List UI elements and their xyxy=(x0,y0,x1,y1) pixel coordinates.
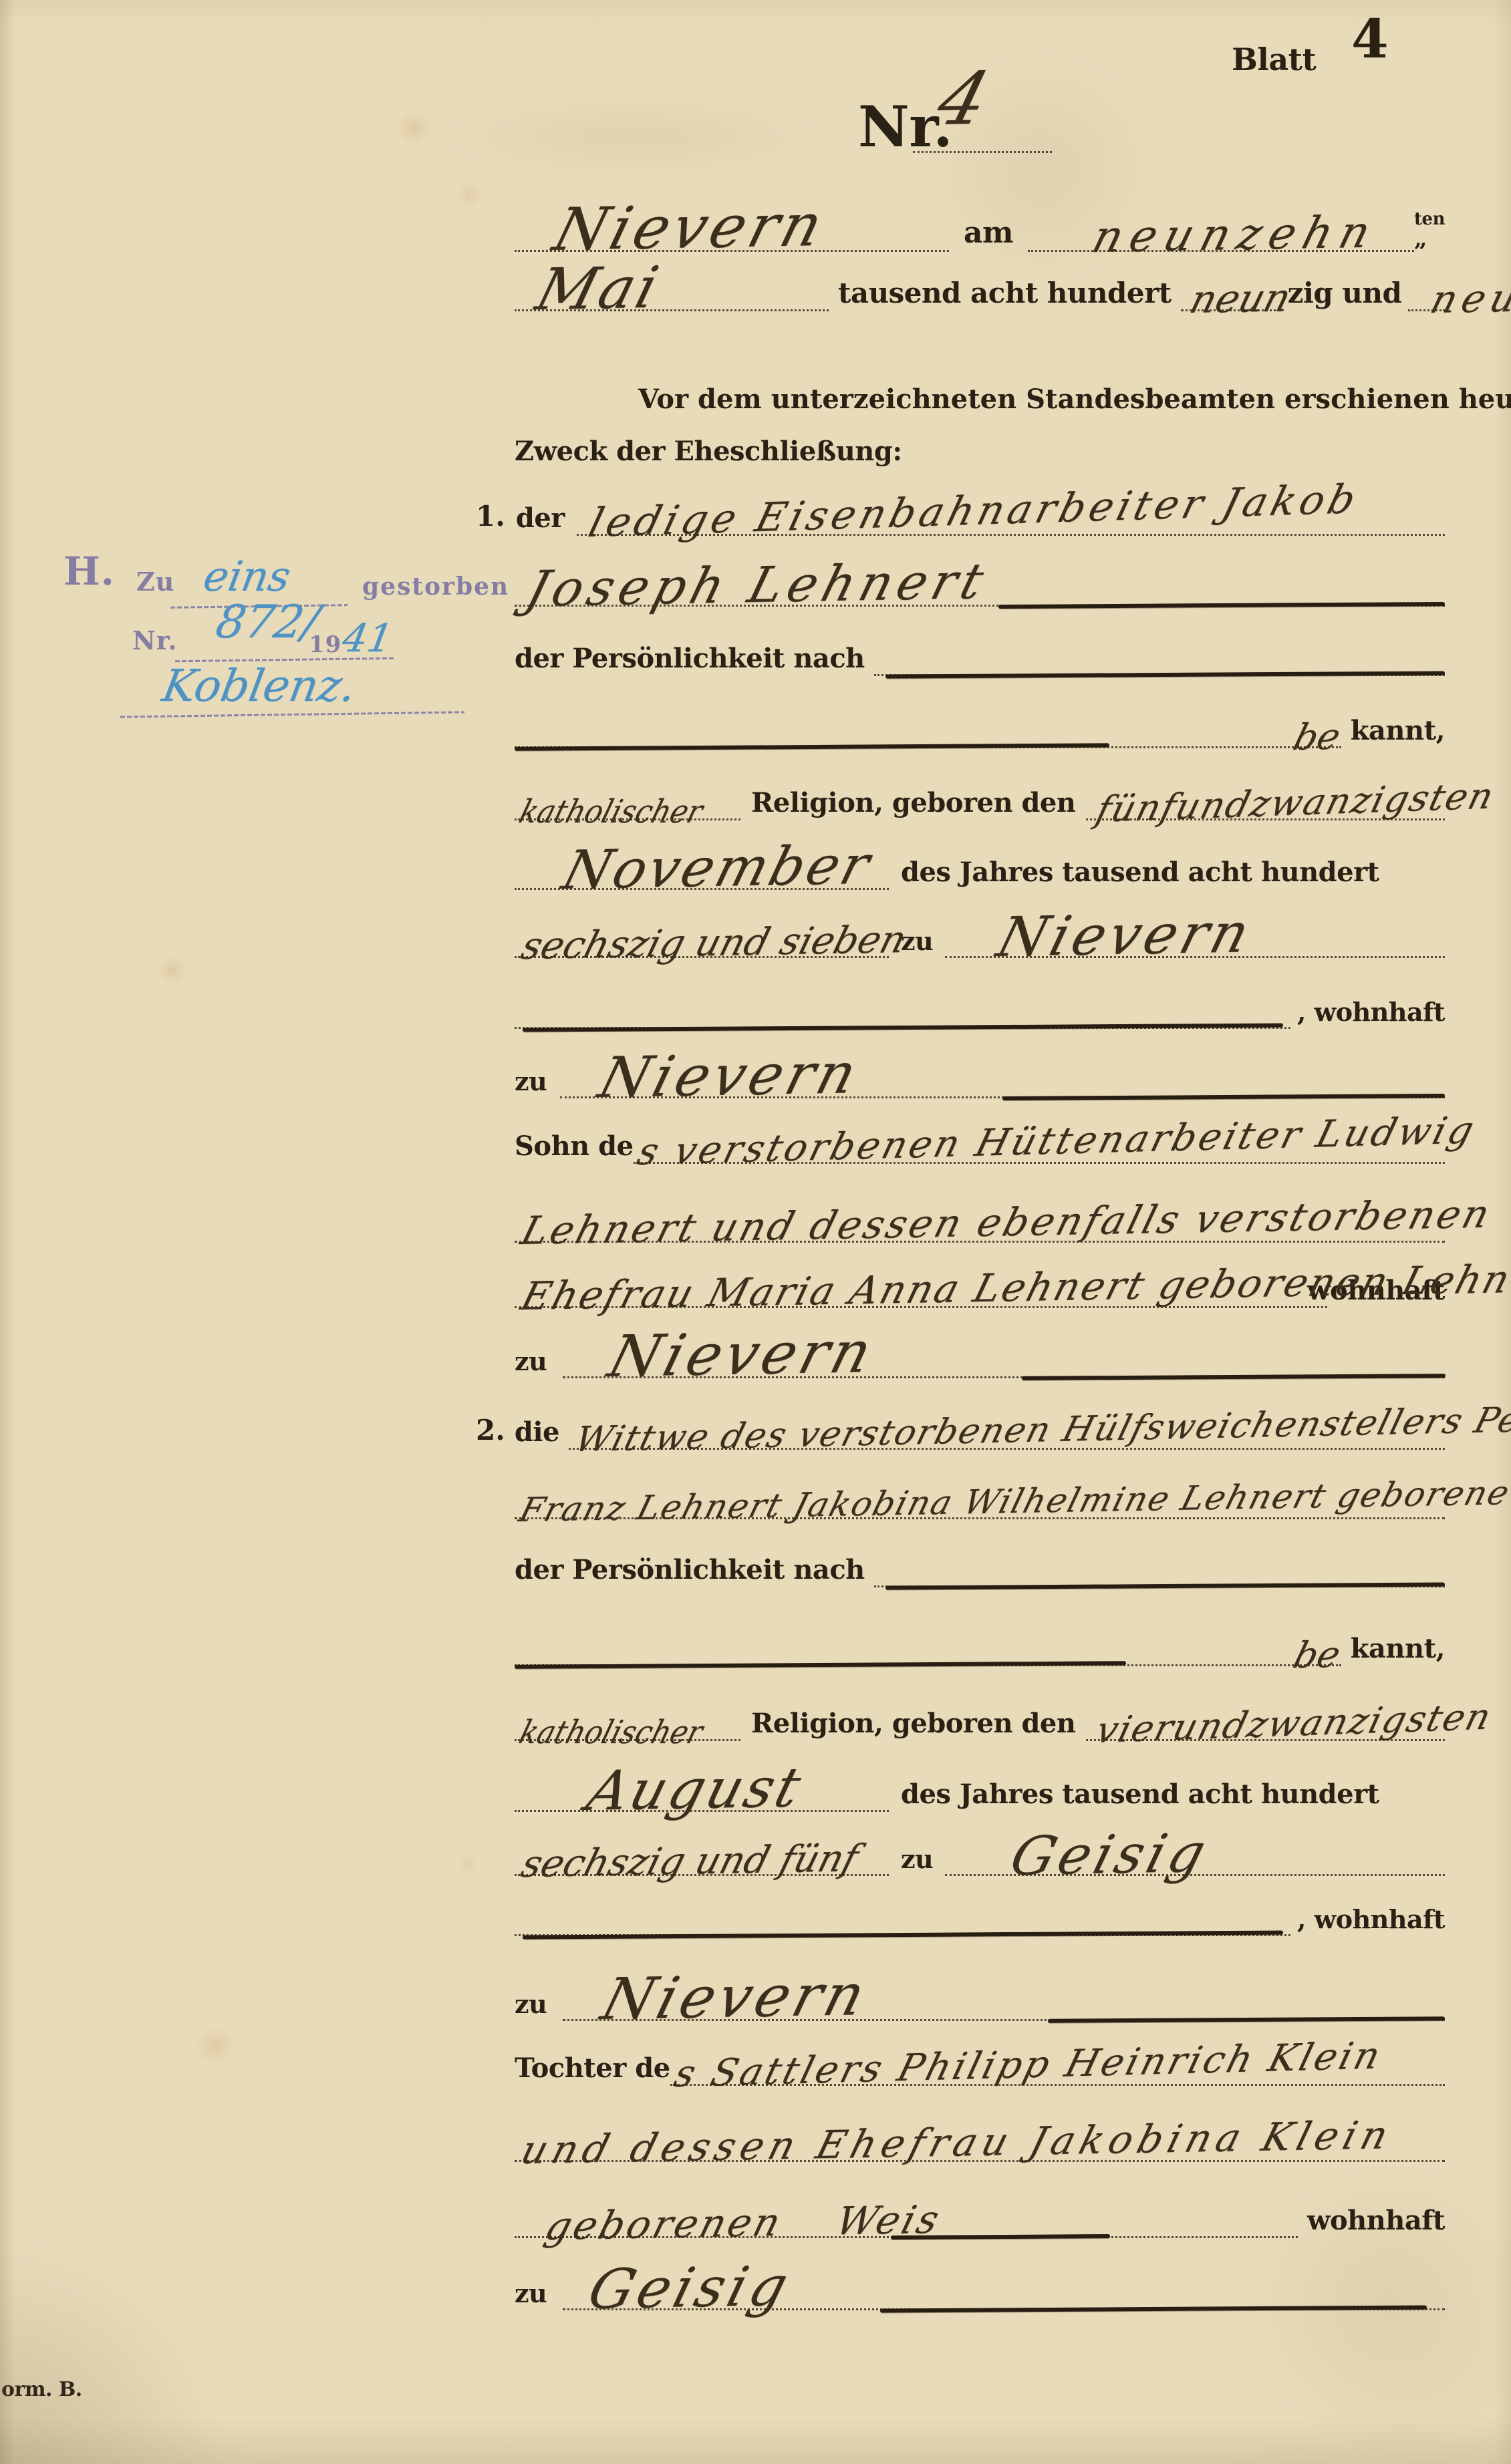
margin-stamp-19: 19 xyxy=(309,633,341,656)
groom-father-row: Sohn de s verstorbenen Hüttenarbeiter Lu… xyxy=(515,1104,1445,1164)
zu-label: zu xyxy=(901,1847,933,1876)
wohnhaft-label: wohnhaft xyxy=(1307,2207,1445,2238)
bride-religion-hw: katholischer xyxy=(516,1716,706,1748)
groom-bekannt-blank: be xyxy=(515,712,1341,748)
margin-stamp-zu: Zu xyxy=(136,569,174,595)
bride-birthday-hw: vierundzwanzigsten xyxy=(1093,1699,1496,1748)
year-decade-hw: neun xyxy=(1186,278,1295,319)
groom-birthyear-hw: sechszig und sieben xyxy=(517,921,910,965)
margin-stamp-h: H. xyxy=(63,552,115,591)
intro-line1: Vor dem unterzeichneten Standesbeamten e… xyxy=(638,386,1511,417)
date-place-hw: Nievern xyxy=(548,196,832,259)
am-label: am xyxy=(964,218,1013,252)
bride-birthmonth-row: August des Jahres tausend acht hundert xyxy=(515,1746,1445,1812)
groom-birthplace-hw: Nievern xyxy=(992,906,1258,965)
groom-birthplace-blank: Nievern xyxy=(945,895,1445,958)
groom-article-label: der xyxy=(516,505,565,536)
religion-label: Religion, geboren den xyxy=(751,790,1075,820)
bride-wohnhaft-row: , wohnhaft xyxy=(515,1905,1445,1936)
groom-parents-blank2: Lehnert und dessen ebenfalls verstorbene… xyxy=(515,1170,1445,1243)
bride-descriptor-row2: Franz Lehnert Jakobina Wilhelmine Lehner… xyxy=(515,1454,1445,1519)
bride-descriptor-hw1: Wittwe des verstorbenen Hülfsweichenstel… xyxy=(571,1402,1511,1457)
bride-residence-blank: Nievern xyxy=(563,1954,1445,2021)
des-jahres-label: des Jahres tausend acht hundert xyxy=(901,859,1379,890)
groom-parents-residence-blank: Nievern xyxy=(563,1312,1445,1378)
ink-filler xyxy=(515,1661,1126,1669)
ink-filler xyxy=(1002,1094,1445,1100)
bride-descriptor-hw2: Franz Lehnert Jakobina Wilhelmine Lehner… xyxy=(516,1475,1511,1527)
groom-birthmonth-blank: November xyxy=(515,826,889,890)
record-number-value: 4 xyxy=(930,63,996,136)
groom-birthmonth-row: November des Jahres tausend acht hundert xyxy=(515,828,1445,890)
groom-father-hw: s verstorbenen Hüttenarbeiter Ludwig xyxy=(634,1112,1480,1171)
tausend-label: tausend acht hundert xyxy=(838,279,1172,311)
date-month-hw: Mai xyxy=(531,259,666,319)
bride-descriptor-blank2: Franz Lehnert Jakobina Wilhelmine Lehner… xyxy=(515,1452,1445,1519)
bride-item-number: 2. xyxy=(476,1416,505,1450)
date-place-blank: Nievern xyxy=(515,187,949,252)
margin-stamp-gestorben: gestorben xyxy=(362,575,509,599)
groom-wohnhaft-row: , wohnhaft xyxy=(515,998,1445,1029)
bride-residence-hw: Nievern xyxy=(596,1966,875,2028)
groom-descriptor-hw2: Joseph Lehnert xyxy=(521,557,994,614)
bride-religion-blank: katholischer xyxy=(515,1687,740,1741)
religion-label: Religion, geboren den xyxy=(751,1710,1075,1741)
blatt-label: Blatt xyxy=(1232,44,1316,79)
groom-parents-residence-row: zu Nievern xyxy=(515,1314,1445,1378)
ink-filler xyxy=(880,2306,1427,2313)
dateline-year-row: Mai tausend acht hundert neun zig und ne… xyxy=(515,253,1445,311)
groom-birthday-hw: fünfundzwanzigsten xyxy=(1093,778,1498,828)
day-suffix: ten „ xyxy=(1414,210,1445,252)
bride-birthyear-blank: sechszig und fünf xyxy=(515,1810,889,1876)
bride-birthmonth-blank: August xyxy=(515,1744,889,1812)
zig-und-label: zig und xyxy=(1288,279,1402,311)
date-day-blank: neunzehn xyxy=(1028,187,1414,252)
wohnhaft-comma-label: , wohnhaft xyxy=(1297,999,1445,1029)
groom-mother-row: Ehefrau Maria Anna Lehnert geborenen Leh… xyxy=(515,1237,1445,1308)
groom-descriptor-blank1: ledige Eisenbahnarbeiter Jakob xyxy=(577,472,1445,536)
marriage-record-scan: Blatt 4 Nr. 4 Nievern am neunzehn ten „ … xyxy=(0,0,1511,2464)
groom-item-number: 1. xyxy=(476,502,505,536)
bride-be-hw: be xyxy=(1290,1637,1344,1674)
zu-label: zu xyxy=(515,1992,547,2021)
bride-descriptor-blank1: Wittwe des verstorbenen Hülfsweichenstel… xyxy=(569,1384,1445,1450)
date-month-blank: Mai xyxy=(515,251,829,311)
groom-residence-row: zu Nievern xyxy=(515,1036,1445,1098)
groom-father-blank: s verstorbenen Hüttenarbeiter Ludwig xyxy=(634,1102,1445,1164)
bride-identity-row: der Persönlichkeit nach xyxy=(515,1554,1445,1587)
ink-filler xyxy=(523,1024,1283,1032)
ink-filler xyxy=(523,1931,1283,1940)
bride-identity-blank xyxy=(874,1552,1445,1587)
ink-filler xyxy=(1021,1374,1445,1380)
kannt-label: kannt, xyxy=(1351,718,1445,748)
bride-father-blank: s Sattlers Philipp Heinrich Klein xyxy=(670,2021,1445,2086)
bride-bekannt-blank: be xyxy=(515,1630,1341,1666)
bride-birthyear-row: sechszig und fünf zu Geisig xyxy=(515,1812,1445,1876)
margin-value-number: 872/ xyxy=(213,600,323,645)
groom-residence-blank: Nievern xyxy=(560,1034,1445,1098)
margin-value-year: 41 xyxy=(339,619,396,657)
bride-mother-blank: und dessen Ehefrau Jakobina Klein xyxy=(515,2091,1445,2162)
groom-identity-blank xyxy=(874,642,1445,676)
groom-identity-row: der Persönlichkeit nach xyxy=(515,644,1445,676)
bride-mother-maiden-row: geborenen Weis wohnhaft xyxy=(515,2169,1445,2238)
groom-parents-residence-hw: Nievern xyxy=(603,1324,881,1386)
margin-value-place: Koblenz. xyxy=(159,664,360,708)
year-unit-blank: neun xyxy=(1408,251,1445,311)
dateline-place-row: Nievern am neunzehn ten „ xyxy=(515,189,1445,252)
groom-religion-hw: katholischer xyxy=(516,796,706,828)
zu-label: zu xyxy=(515,1349,547,1378)
bride-parents-residence-blank: Geisig xyxy=(563,2238,1445,2310)
tochter-label: Tochter de xyxy=(515,2055,670,2086)
groom-wohnhaft-blank xyxy=(515,996,1290,1029)
groom-residence-hw: Nievern xyxy=(593,1045,866,1106)
bride-birthplace-hw: Geisig xyxy=(1005,1827,1215,1883)
bride-mother-row: und dessen Ehefrau Jakobina Klein xyxy=(515,2093,1445,2162)
groom-birthyear-blank: sechszig und sieben xyxy=(515,895,889,958)
intro-line2: Zweck der Eheschließung: xyxy=(515,438,902,469)
zu-label: zu xyxy=(515,1069,547,1098)
identity-label: der Persönlichkeit nach xyxy=(515,645,865,676)
form-footer-text: orm. B. xyxy=(1,2380,82,2404)
bride-descriptor-row1: 2. die Wittwe des verstorbenen Hülfsweic… xyxy=(476,1386,1445,1450)
ink-filler xyxy=(515,743,1110,750)
groom-birthday-blank: fünfundzwanzigsten xyxy=(1086,768,1445,820)
sohn-label: Sohn de xyxy=(515,1133,634,1164)
groom-birthyear-row: sechszig und sieben zu Nievern xyxy=(515,897,1445,958)
des-jahres-label: des Jahres tausend acht hundert xyxy=(901,1781,1379,1812)
groom-be-hw: be xyxy=(1290,719,1344,756)
groom-mother-blank: Ehefrau Maria Anna Lehnert geborenen Leh… xyxy=(515,1235,1327,1308)
bride-birthyear-hw: sechszig und fünf xyxy=(517,1840,862,1883)
bride-mother-hw: und dessen Ehefrau Jakobina Klein xyxy=(517,2115,1397,2169)
groom-descriptor-row2: Joseph Lehnert xyxy=(515,543,1445,607)
kannt-label: kannt, xyxy=(1351,1636,1445,1666)
wohnhaft-comma-label: , wohnhaft xyxy=(1297,1907,1445,1936)
groom-descriptor-hw1: ledige Eisenbahnarbeiter Jakob xyxy=(585,479,1363,543)
bride-father-hw: s Sattlers Philipp Heinrich Klein xyxy=(670,2038,1386,2093)
identity-label: der Persönlichkeit nach xyxy=(515,1557,865,1587)
bride-religion-row: katholischer Religion, geboren den vieru… xyxy=(515,1689,1445,1741)
bride-mother-maiden-blank: geborenen Weis xyxy=(515,2167,1298,2238)
bride-residence-row: zu Nievern xyxy=(515,1956,1445,2021)
groom-bekannt-row: be kannt, xyxy=(515,714,1445,748)
ink-filler xyxy=(998,602,1445,609)
bride-wohnhaft-blank xyxy=(515,1903,1290,1936)
groom-descriptor-blank2: Joseph Lehnert xyxy=(515,541,1445,607)
page-number: 4 xyxy=(1351,12,1389,71)
groom-birthmonth-hw: November xyxy=(557,838,877,897)
bride-bekannt-row: be kannt, xyxy=(515,1632,1445,1666)
margin-rule-3 xyxy=(120,711,464,718)
bride-parents-residence-hw: Geisig xyxy=(583,2260,797,2318)
ink-filler xyxy=(885,671,1445,678)
groom-religion-blank: katholischer xyxy=(515,768,740,820)
groom-parents-row2: Lehnert und dessen ebenfalls verstorbene… xyxy=(515,1172,1445,1243)
year-decade-blank: neun xyxy=(1181,251,1281,311)
zu-label: zu xyxy=(515,2281,547,2310)
ink-filler xyxy=(885,1582,1445,1589)
record-number-rule xyxy=(913,150,1052,153)
margin-stamp-nr: Nr. xyxy=(132,628,178,653)
groom-descriptor-row1: 1. der ledige Eisenbahnarbeiter Jakob xyxy=(476,474,1445,536)
year-unit-hw: neun xyxy=(1427,278,1511,319)
bride-birthplace-blank: Geisig xyxy=(945,1810,1445,1876)
bride-article-label: die xyxy=(515,1419,559,1450)
margin-value-eins: eins xyxy=(200,556,293,597)
bride-parents-residence-row: zu Geisig xyxy=(515,2240,1445,2310)
day-suffix-quote: „ xyxy=(1414,228,1427,251)
bride-father-row: Tochter de s Sattlers Philipp Heinrich K… xyxy=(515,2023,1445,2086)
bride-birthday-blank: vierundzwanzigsten xyxy=(1086,1687,1445,1741)
groom-religion-row: katholischer Religion, geboren den fünfu… xyxy=(515,770,1445,820)
